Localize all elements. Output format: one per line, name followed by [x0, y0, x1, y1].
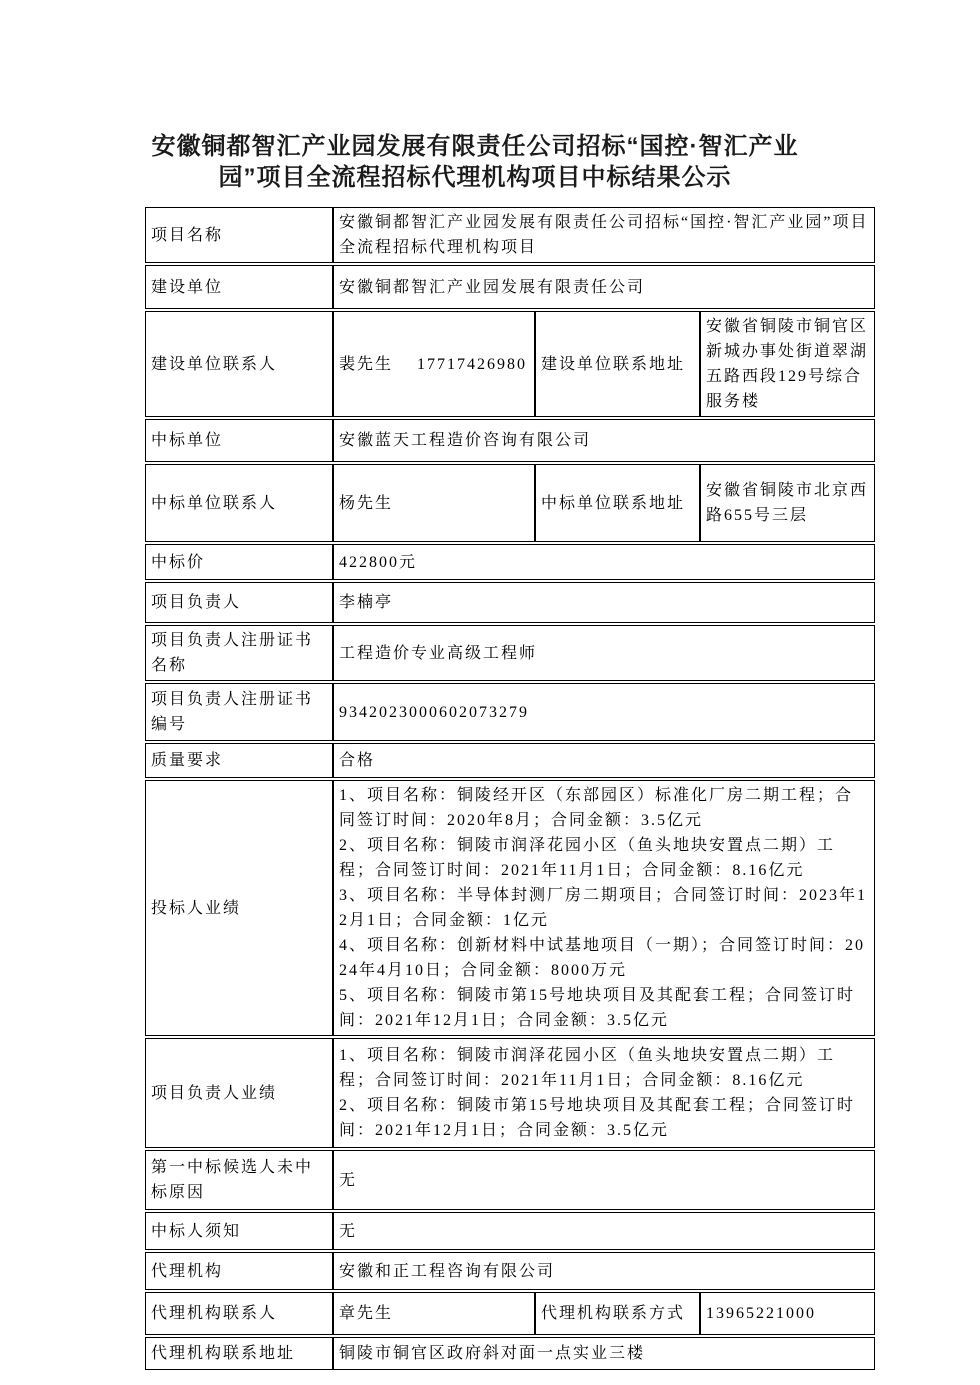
table-row-construction-contact: 建设单位联系人 裴先生 17717426980 建设单位联系地址 安徽省铜陵市铜… — [145, 311, 875, 417]
field-value: 工程造价专业高级工程师 — [333, 625, 875, 681]
announcement-table-container: 项目名称 安徽铜都智汇产业园发展有限责任公司招标“国控·智汇产业园”项目全流程招… — [145, 205, 980, 1372]
field-value: 安徽蓝天工程造价咨询有限公司 — [333, 419, 875, 462]
field-label: 第一中标候选人未中标原因 — [145, 1150, 333, 1210]
field-value: 安徽铜都智汇产业园发展有限责任公司招标“国控·智汇产业园”项目全流程招标代理机构… — [333, 207, 875, 263]
field-value: 9342023000602073279 — [333, 683, 875, 741]
field-label: 建设单位联系人 — [145, 311, 333, 417]
field-value: 安徽和正工程咨询有限公司 — [333, 1252, 875, 1290]
field-label: 项目名称 — [145, 207, 333, 263]
table-row-agency-address: 代理机构联系地址 铜陵市铜官区政府斜对面一点实业三楼 — [145, 1337, 875, 1370]
field-value: 安徽省铜陵市北京西路655号三层 — [700, 464, 875, 542]
field-value: 杨先生 — [333, 464, 535, 542]
field-label: 建设单位联系地址 — [535, 311, 700, 417]
field-value: 章先生 — [333, 1292, 535, 1335]
table-row-project-name: 项目名称 安徽铜都智汇产业园发展有限责任公司招标“国控·智汇产业园”项目全流程招… — [145, 207, 875, 263]
field-value: 李楠亭 — [333, 582, 875, 623]
field-value: 铜陵市铜官区政府斜对面一点实业三楼 — [333, 1337, 875, 1370]
table-row-certificate-number: 项目负责人注册证书编号 9342023000602073279 — [145, 683, 875, 741]
table-row-project-manager: 项目负责人 李楠亭 — [145, 582, 875, 623]
field-label: 中标价 — [145, 544, 333, 580]
table-row-certificate-name: 项目负责人注册证书名称 工程造价专业高级工程师 — [145, 625, 875, 681]
table-row-bidder-performance: 投标人业绩 1、项目名称：铜陵经开区（东部园区）标准化厂房二期工程；合同签订时间… — [145, 780, 875, 1036]
field-label: 项目负责人 — [145, 582, 333, 623]
field-value: 无 — [333, 1150, 875, 1210]
field-label: 项目负责人注册证书名称 — [145, 625, 333, 681]
field-value: 安徽省铜陵市铜官区新城办事处街道翠湖五路西段129号综合服务楼 — [700, 311, 875, 417]
table-row-winning-bidder: 中标单位 安徽蓝天工程造价咨询有限公司 — [145, 419, 875, 462]
field-value: 裴先生 17717426980 — [333, 311, 535, 417]
field-label: 代理机构联系地址 — [145, 1337, 333, 1370]
table-row-construction-unit: 建设单位 安徽铜都智汇产业园发展有限责任公司 — [145, 265, 875, 309]
table-row-agency: 代理机构 安徽和正工程咨询有限公司 — [145, 1252, 875, 1290]
field-label: 投标人业绩 — [145, 780, 333, 1036]
table-row-winning-price: 中标价 422800元 — [145, 544, 875, 580]
field-label: 质量要求 — [145, 743, 333, 778]
field-label: 代理机构联系人 — [145, 1292, 333, 1335]
table-row-first-candidate-reason: 第一中标候选人未中标原因 无 — [145, 1150, 875, 1210]
field-label: 项目负责人注册证书编号 — [145, 683, 333, 741]
field-label: 代理机构 — [145, 1252, 333, 1290]
field-value: 无 — [333, 1212, 875, 1250]
bid-result-table: 项目名称 安徽铜都智汇产业园发展有限责任公司招标“国控·智汇产业园”项目全流程招… — [145, 205, 875, 1372]
table-row-winner-notice: 中标人须知 无 — [145, 1212, 875, 1250]
field-label: 建设单位 — [145, 265, 333, 309]
page-title: 安徽铜都智汇产业园发展有限责任公司招标“国控·智汇产业园”项目全流程招标代理机构… — [145, 131, 805, 193]
table-row-winning-bidder-contact: 中标单位联系人 杨先生 中标单位联系地址 安徽省铜陵市北京西路655号三层 — [145, 464, 875, 542]
field-label: 中标单位 — [145, 419, 333, 462]
field-value: 1、项目名称：铜陵市润泽花园小区（鱼头地块安置点二期）工程；合同签订时间：202… — [333, 1038, 875, 1148]
table-row-agency-contact: 代理机构联系人 章先生 代理机构联系方式 13965221000 — [145, 1292, 875, 1335]
field-value: 安徽铜都智汇产业园发展有限责任公司 — [333, 265, 875, 309]
table-row-manager-performance: 项目负责人业绩 1、项目名称：铜陵市润泽花园小区（鱼头地块安置点二期）工程；合同… — [145, 1038, 875, 1148]
field-label: 中标人须知 — [145, 1212, 333, 1250]
field-value: 13965221000 — [700, 1292, 875, 1335]
field-value: 422800元 — [333, 544, 875, 580]
table-row-quality-requirement: 质量要求 合格 — [145, 743, 875, 778]
field-label: 项目负责人业绩 — [145, 1038, 333, 1148]
field-value: 合格 — [333, 743, 875, 778]
field-label: 中标单位联系人 — [145, 464, 333, 542]
field-label: 中标单位联系地址 — [535, 464, 700, 542]
field-label: 代理机构联系方式 — [535, 1292, 700, 1335]
field-value: 1、项目名称：铜陵经开区（东部园区）标准化厂房二期工程；合同签订时间：2020年… — [333, 780, 875, 1036]
